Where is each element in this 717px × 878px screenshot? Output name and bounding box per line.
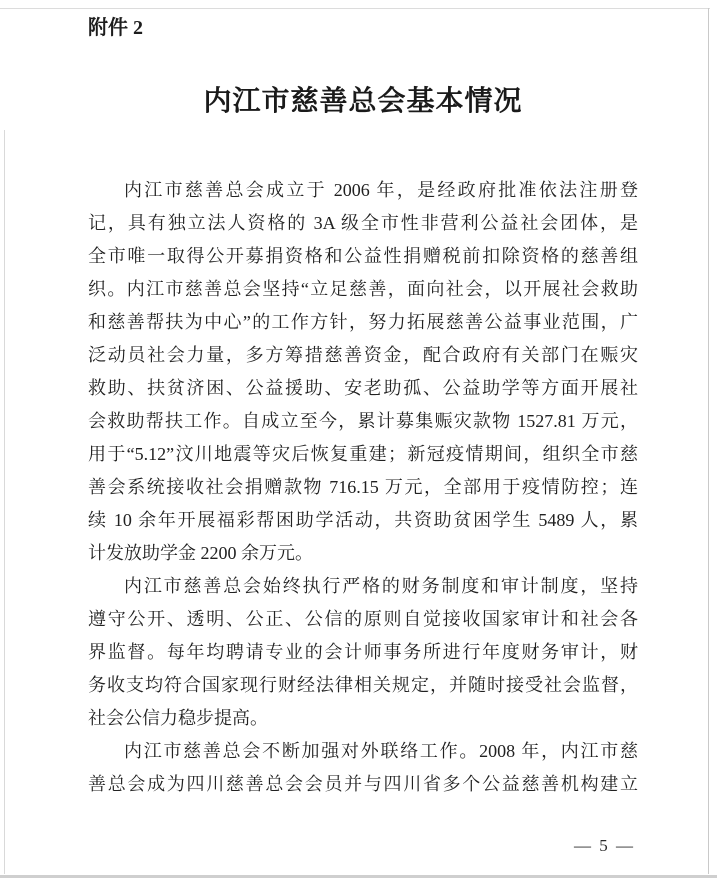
- document-page: 附件 2 内江市慈善总会基本情况 内江市慈善总会成立于 2006 年，是经政府批…: [0, 0, 717, 878]
- text-line: 内江市慈善总会不断加强对外联络工作。2008 年，内江市慈: [88, 735, 638, 768]
- attachment-label: 附件 2: [88, 14, 717, 42]
- paragraph: 内江市慈善总会始终执行严格的财务制度和审计制度，坚持遵守公开、透明、公正、公信的…: [88, 570, 638, 735]
- text-line: 泛动员社会力量，多方筹措慈善资金，配合政府有关部门在赈灾: [88, 339, 638, 372]
- document-body: 内江市慈善总会成立于 2006 年，是经政府批准依法注册登记，具有独立法人资格的…: [88, 174, 638, 801]
- paragraph: 内江市慈善总会成立于 2006 年，是经政府批准依法注册登记，具有独立法人资格的…: [88, 174, 638, 570]
- text-line: 内江市慈善总会始终执行严格的财务制度和审计制度，坚持: [88, 570, 638, 603]
- text-line: 内江市慈善总会成立于 2006 年，是经政府批准依法注册登: [88, 174, 638, 207]
- paragraph: 内江市慈善总会不断加强对外联络工作。2008 年，内江市慈善总会成为四川慈善总会…: [88, 735, 638, 801]
- text-line: 全市唯一取得公开募捐资格和公益性捐赠税前扣除资格的慈善组: [88, 240, 638, 273]
- text-line: 记，具有独立法人资格的 3A 级全市性非营利公益社会团体，是: [88, 207, 638, 240]
- document-title: 内江市慈善总会基本情况: [88, 82, 638, 122]
- text-line: 和慈善帮扶为中心”的工作方针，努力拓展慈善公益事业范围，广: [88, 306, 638, 339]
- scan-edge-right: [708, 8, 709, 874]
- scan-edge-top: [0, 8, 710, 9]
- text-line: 善会系统接收社会捐赠款物 716.15 万元，全部用于疫情防控；连: [88, 471, 638, 504]
- text-line: 续 10 余年开展福彩帮困助学活动，共资助贫困学生 5489 人，累: [88, 504, 638, 537]
- text-line: 用于“5.12”汶川地震等灾后恢复重建；新冠疫情期间，组织全市慈: [88, 438, 638, 471]
- text-line: 善总会成为四川慈善总会会员并与四川省多个公益慈善机构建立: [88, 768, 638, 801]
- text-line: 计发放助学金 2200 余万元。: [88, 537, 638, 570]
- page-number: — 5 —: [0, 834, 635, 858]
- text-line: 界监督。每年均聘请专业的会计师事务所进行年度财务审计，财: [88, 636, 638, 669]
- scan-edge-left: [4, 130, 5, 874]
- text-line: 救助、扶贫济困、公益援助、安老助孤、公益助学等方面开展社: [88, 372, 638, 405]
- text-line: 务收支均符合国家现行财经法律相关规定，并随时接受社会监督，: [88, 669, 638, 702]
- text-line: 遵守公开、透明、公正、公信的原则自觉接收国家审计和社会各: [88, 603, 638, 636]
- text-line: 社会公信力稳步提高。: [88, 702, 638, 735]
- text-line: 织。内江市慈善总会坚持“立足慈善，面向社会，以开展社会救助: [88, 273, 638, 306]
- text-line: 会救助帮扶工作。自成立至今，累计募集赈灾款物 1527.81 万元，: [88, 405, 638, 438]
